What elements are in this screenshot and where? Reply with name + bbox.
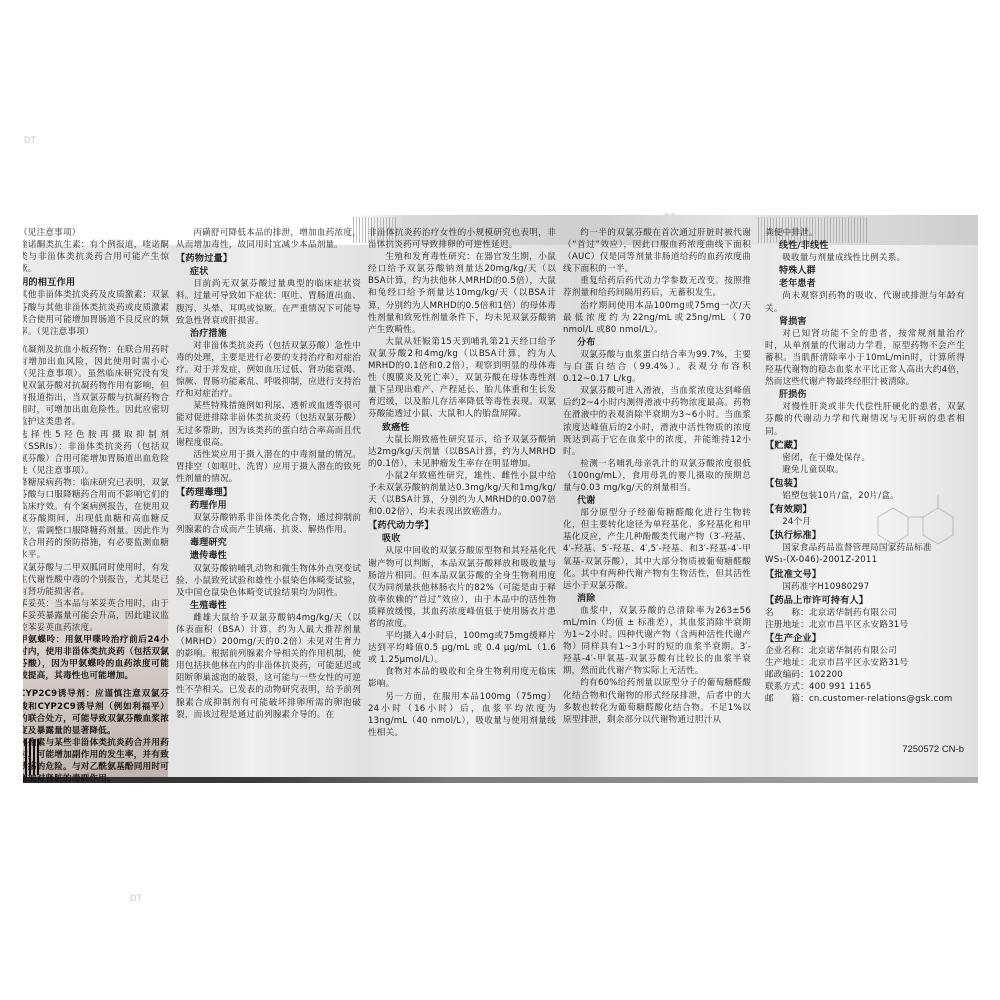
paragraph: 双氯芬酸钠哺乳动物和微生物体外点突变试验、小鼠致死试验和雄性小鼠染色体畸变试验，… xyxy=(176,563,361,599)
paragraph: 部分原型分子经葡萄糖醛酸化进行生物转化，但主要转化途径为单羟基化、多羟基化和甲基… xyxy=(563,507,751,592)
paragraph: 约一半的双氯芬酸在首次通过肝脏时被代谢（“首过”效应），因此口服血药浓度曲线下面… xyxy=(563,227,751,275)
section-heading: 【有效期】 xyxy=(765,504,965,516)
paragraph: 另一方面，在服用本品100mg（75mg）24小时（16小时）后，血浆平均浓度为… xyxy=(368,691,556,739)
section-heading: 【药物过量】 xyxy=(176,253,361,265)
section-heading: 【药理毒理】 xyxy=(176,487,361,499)
paragraph: 丙磺舒可降低本品的排泄，增加血药浓度，从而增加毒性，故同用时宜减少本品剂量。 xyxy=(176,227,361,251)
paragraph: 注册地址：北京市昌平区永安路31号 xyxy=(765,619,965,631)
sub-heading: 遗传毒性 xyxy=(190,550,361,562)
leaflet-photo: （见注意事项） 喹诺酮类抗生素：有个例报道，喹诺酮类与非甾体类抗炎药合用可能产生… xyxy=(23,215,978,783)
column-special-populations-info: 粪便中排泄。 线性/非线性 吸收量与剂量成线性比例关系。 特殊人群 老年患者 尚… xyxy=(765,227,965,706)
sub-heading: 吸收 xyxy=(382,533,556,545)
section-heading: 【贮藏】 xyxy=(765,440,965,452)
sub-heading: 线性/非线性 xyxy=(779,240,965,252)
paragraph: CYP2C9诱导剂：应谨慎注意双氯芬酸和CYP2C9诱导剂（例如利福平）的联合处… xyxy=(23,688,169,736)
sub-heading: 特殊人群 xyxy=(779,265,965,277)
paragraph: 重复给药后药代动力学参数无改变。按照推荐剂量和给药间隔用药后，无蓄积发生。 xyxy=(563,275,751,299)
paragraph: 大鼠长期致癌性研究显示，给予双氯芬酸钠达2mg/kg/天剂量（以BSA计算，约为… xyxy=(368,434,556,470)
paragraph: 生殖和发育毒性研究：在器官发生期，小鼠经口给予双氯芬酸钠剂量达20mg/kg/天… xyxy=(368,251,556,336)
paragraph: 邮 箱：cn.customer-relations@gsk.com xyxy=(765,693,965,705)
watermark: DT xyxy=(130,893,142,903)
paragraph: 喹诺酮类抗生素：有个例报道，喹诺酮类与非甾体类抗炎药合用可能产生惊厥。 xyxy=(23,239,169,275)
sub-heading: 毒理研究 xyxy=(190,537,361,549)
paragraph: 雌雄大鼠给予双氯芬酸钠4mg/kg/天（以体表面积（BSA）计算，约为人最大推荐… xyxy=(176,612,361,721)
section-heading: 【药代动力学】 xyxy=(368,520,556,532)
column-distribution-metabolism: 约一半的双氯芬酸在首次通过肝脏时被代谢（“首过”效应），因此口服血药浓度曲线下面… xyxy=(563,227,751,726)
sub-heading: 致癌性 xyxy=(382,422,556,434)
paragraph: 尚未观察到药物的吸收、代谢或排泄与年龄有关。 xyxy=(765,290,965,314)
paragraph: 国药准字H10980297 xyxy=(765,581,965,593)
sub-heading: 分布 xyxy=(577,337,751,349)
section-heading: 明的相互作用 xyxy=(23,277,169,289)
section-heading: 【生产企业】 xyxy=(765,633,965,645)
paragraph: 目前尚无双氯芬酸过量典型的临床症状资料。过量可导致如下症状：呕吐、胃肠道出血、腹… xyxy=(176,278,361,326)
paragraph: 抗凝剂及抗血小板药物：在联合用药时有增加出血风险，因此使用时需小心（见注意事项）… xyxy=(23,344,169,429)
sub-heading: 代谢 xyxy=(577,495,751,507)
paragraph: 对已知肾功能不全的患者，按常规剂量治疗时，从单剂量的代谢动力学看，原型药物不会产… xyxy=(765,328,965,388)
section-heading: 【药品上市许可持有人】 xyxy=(765,595,965,607)
paragraph: 对慢性肝炎或非失代偿性肝硬化的患者，双氯芬酸的代谢动力学和代谢情况与无肝病的患者… xyxy=(765,401,965,437)
sub-heading: 肾损害 xyxy=(779,316,965,328)
paragraph: 对非甾体类抗炎药（包括双氯芬酸）急性中毒的处理，主要是进行必要的支持治疗和对症治… xyxy=(176,340,361,400)
document-code: 7250572 CN-b xyxy=(902,744,964,755)
watermark: DT xyxy=(24,135,36,145)
paragraph: 约有60%给药剂量以原型分子的葡萄糖醛酸化结合物和代谢物的形式经尿排泄，后者中的… xyxy=(563,677,751,725)
sub-heading: 肝损伤 xyxy=(779,389,965,401)
sub-heading: 症状 xyxy=(190,266,361,278)
paragraph: 避免儿童误取。 xyxy=(765,464,965,476)
column-interactions: （见注意事项） 喹诺酮类抗生素：有个例报道，喹诺酮类与非甾体类抗炎药合用可能产生… xyxy=(23,227,169,783)
sub-heading: 消除 xyxy=(577,593,751,605)
paragraph: 密闭，在干燥处保存。 xyxy=(765,452,965,464)
paragraph: 生产地址：北京市昌平区永安路31号 xyxy=(765,657,965,669)
sub-heading: 治疗措施 xyxy=(190,328,361,340)
paragraph: 联系方式：400 991 1165 xyxy=(765,681,965,693)
paragraph: 吸收量与剂量成线性比例关系。 xyxy=(765,252,965,264)
sub-heading: 药理作用 xyxy=(190,500,361,512)
paragraph: 双氯芬酸与血浆蛋白结合率为99.7%，主要与白蛋白结合（99.4%）。表观分布容… xyxy=(563,349,751,385)
column-toxicology-pk: 非甾体抗炎药治疗女性的小规模研究也表明，非甾体抗炎药可导致排卵的可逆性延迟。 生… xyxy=(368,227,556,739)
section-heading: 【包装】 xyxy=(765,478,965,490)
paragraph: 血浆中，双氯芬酸的总清除率为263±56 mL/min（均值 ± 标准差），其血… xyxy=(563,605,751,678)
paragraph: 某些特殊措施例如利尿、透析或血透等很可能对促进排除非甾体类抗炎药（包括双氯芬酸）… xyxy=(176,400,361,448)
paragraph: 小鼠2年致癌性研究，雄性、雌性小鼠中给予未双氯芬酸钠剂量达0.3mg/kg/天和… xyxy=(368,470,556,518)
paragraph: （见注意事项） xyxy=(23,227,169,239)
paragraph: 企业名称：北京诺华制药有限公司 xyxy=(765,645,965,657)
paragraph: 活性炭应用于摄入潜在的中毒剂量的情况。胃排空（如呕吐、洗胃）应用于摄入潜在的致死… xyxy=(176,449,361,485)
paragraph: 双氯芬酸钠系非甾体类化合物，通过抑制前列腺素的合成而产生镇痛、抗炎、解热作用。 xyxy=(176,512,361,536)
paragraph: 降糖尿病药物：临床研究已表明，双氯芬酸与口服降糖药合用而不影响它们的临床疗效。有… xyxy=(23,477,169,562)
paragraph: 治疗期间使用本品100mg或75mg一次/天最低浓度约为22ng/mL或25ng… xyxy=(563,300,751,336)
sub-heading: 老年患者 xyxy=(779,278,965,290)
paragraph: 从尿中回收的双氯芬酸原型物和其羟基化代谢产物可以判断，本品双氯芬酸释放和吸收量与… xyxy=(368,545,556,630)
paragraph: 双氯芬酸可进入滑液，当血浆浓度达到峰值后约2~4小时内测得滑液中药物浓度最高。药… xyxy=(563,385,751,458)
paragraph: 24个月 xyxy=(765,516,965,528)
paragraph: 名 称：北京诺华制药有限公司 xyxy=(765,607,965,619)
paragraph: 平均摄入4小时后，100mg或75mg缓释片达到平均峰值0.5 μg/mL 或 … xyxy=(368,630,556,666)
paragraph: 检测一名哺乳母亲乳汁的双氯芬酸浓度很低（100ng/mL），食用母乳的婴儿摄取的… xyxy=(563,458,751,494)
paragraph: 邮政编码：102200 xyxy=(765,669,965,681)
sub-heading: 生殖毒性 xyxy=(190,600,361,612)
section-heading: 【批准文号】 xyxy=(765,569,965,581)
paragraph: 苯妥英：当本品与苯妥英合用时，由于苯妥英暴露量可能会升高，因此建议监控苯妥英血药… xyxy=(23,598,169,634)
section-heading: 【执行标准】 xyxy=(765,530,965,542)
column-overdose-pharmacology: 丙磺舒可降低本品的排泄，增加血药浓度，从而增加毒性，故同用时宜减少本品剂量。 【… xyxy=(176,227,361,721)
paragraph: 粪便中排泄。 xyxy=(765,227,965,239)
paragraph: 双氯芬酸与二甲双胍同时使用时，有发生代谢性酸中毒的个别报告，尤其是已有肾功能损害… xyxy=(23,562,169,598)
paragraph: 环孢素与某些非甾体类抗炎药合并用药时，可能增加副作用的发生率，并有致溃疡的危险。… xyxy=(23,737,169,783)
paragraph: 其他非甾体类抗炎药及皮质激素：双氯芬酸与其他非甾体类抗炎药或皮质激素联合使用可能… xyxy=(23,289,169,337)
paragraph: 铝塑包装10片/盒，20片/盒。 xyxy=(765,490,965,502)
paragraph: 甲氨蝶呤：用氨甲喋呤治疗前后24小时内，使用非甾体类抗炎药（包括双氯芬酸），因为… xyxy=(23,634,169,682)
paragraph: 国家食品药品监督管理局国家药品标准 xyxy=(765,542,965,554)
paragraph: 大鼠从妊娠第15天到哺乳第21天经口给予双氯芬酸2和4mg/kg（以BSA计算，… xyxy=(368,336,556,421)
paragraph: 选择性5羟色胺再摄取抑制剂（SSRIs）：非甾体类抗炎药（包括双氯芬酸）合用可能… xyxy=(23,429,169,477)
paragraph: WS₁-(X-046)-2001Z-2011 xyxy=(765,554,965,566)
paragraph: 食物对本品的吸收和全身生物利用度无临床影响。 xyxy=(368,666,556,690)
paragraph: 非甾体抗炎药治疗女性的小规模研究也表明，非甾体抗炎药可导致排卵的可逆性延迟。 xyxy=(368,227,556,251)
